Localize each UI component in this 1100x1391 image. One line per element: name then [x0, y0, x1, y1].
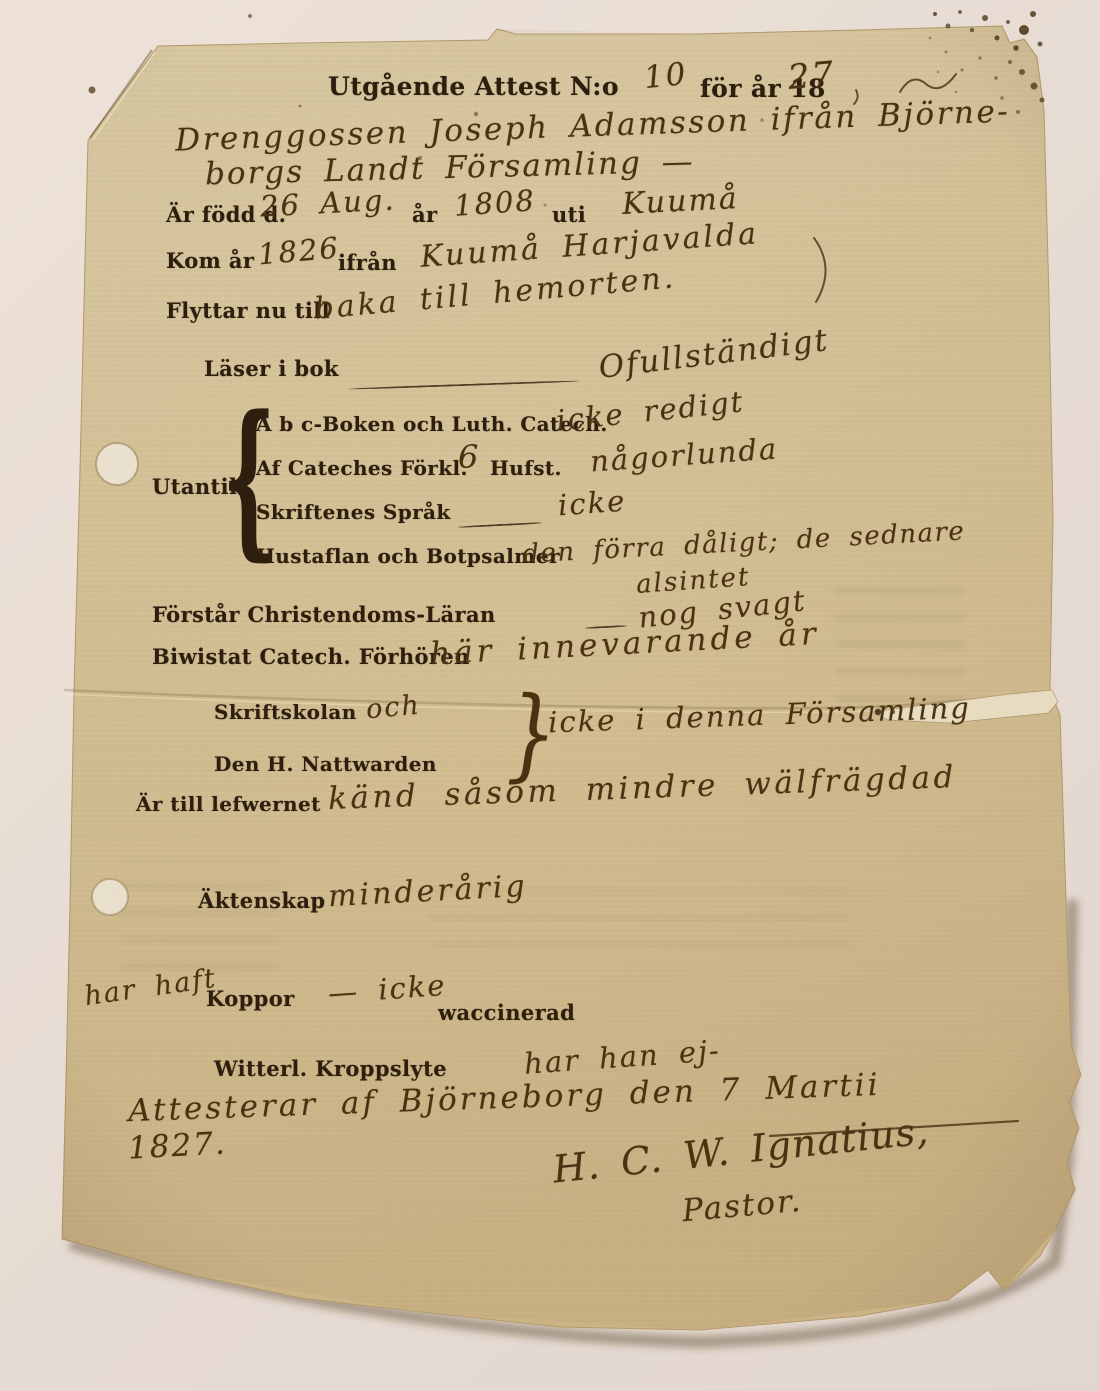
- born-year-label: år: [412, 202, 437, 227]
- born-date: 26 Aug.: [259, 182, 396, 223]
- attestation-line2: 1827.: [127, 1125, 227, 1166]
- born-year: 1808: [453, 183, 537, 223]
- catechism-label: Biwistat Catech. Förhören: [152, 644, 470, 669]
- header-year-value: 27: [786, 54, 837, 98]
- utantill-row2-chapters: 6: [458, 438, 480, 476]
- conduct-label: Är till lefwernet: [136, 792, 321, 816]
- arrived-year: 1826: [257, 230, 341, 271]
- smallpox-label: Koppor: [206, 986, 295, 1011]
- school-label2: Den H. Nattwarden: [214, 752, 437, 776]
- born-in-label: uti: [552, 202, 586, 227]
- punch-hole-bottom: [92, 879, 128, 915]
- utantill-row2-label: Af Cateches Förkl.: [256, 456, 468, 480]
- utantill-row3-value: icke: [557, 484, 627, 523]
- scanned-document-photo: Utgående Attest N:o 10 för år 18 27 Dren…: [0, 0, 1100, 1391]
- moving-label: Flyttar nu till: [166, 298, 330, 323]
- utantill-row2-unit-label: Hufst.: [490, 456, 562, 480]
- arrived-from-label: ifrån: [338, 250, 397, 275]
- born-place: Kuumå: [621, 181, 739, 222]
- punch-hole-top: [96, 443, 138, 485]
- smallpox-label2: waccinerad: [438, 1000, 575, 1025]
- body-defect-label: Witterl. Kroppslyte: [214, 1056, 447, 1081]
- school-label1: Skriftskolan: [214, 700, 357, 724]
- utantill-row1-label: A b c-Boken och Luth. Catech.: [256, 412, 608, 436]
- arrived-label: Kom år: [166, 248, 254, 273]
- utantill-row4-label: Hustaflan och Botpsalmer: [256, 544, 560, 568]
- school-insert: och: [365, 690, 422, 726]
- header-attest-number: 10: [642, 56, 689, 96]
- marriage-label: Äktenskap: [198, 888, 325, 913]
- utantill-row3-label: Skriftenes Språk: [256, 500, 451, 524]
- doctrine-label: Förstår Christendoms-Läran: [152, 602, 496, 627]
- header-attest-label: Utgående Attest N:o: [328, 72, 619, 101]
